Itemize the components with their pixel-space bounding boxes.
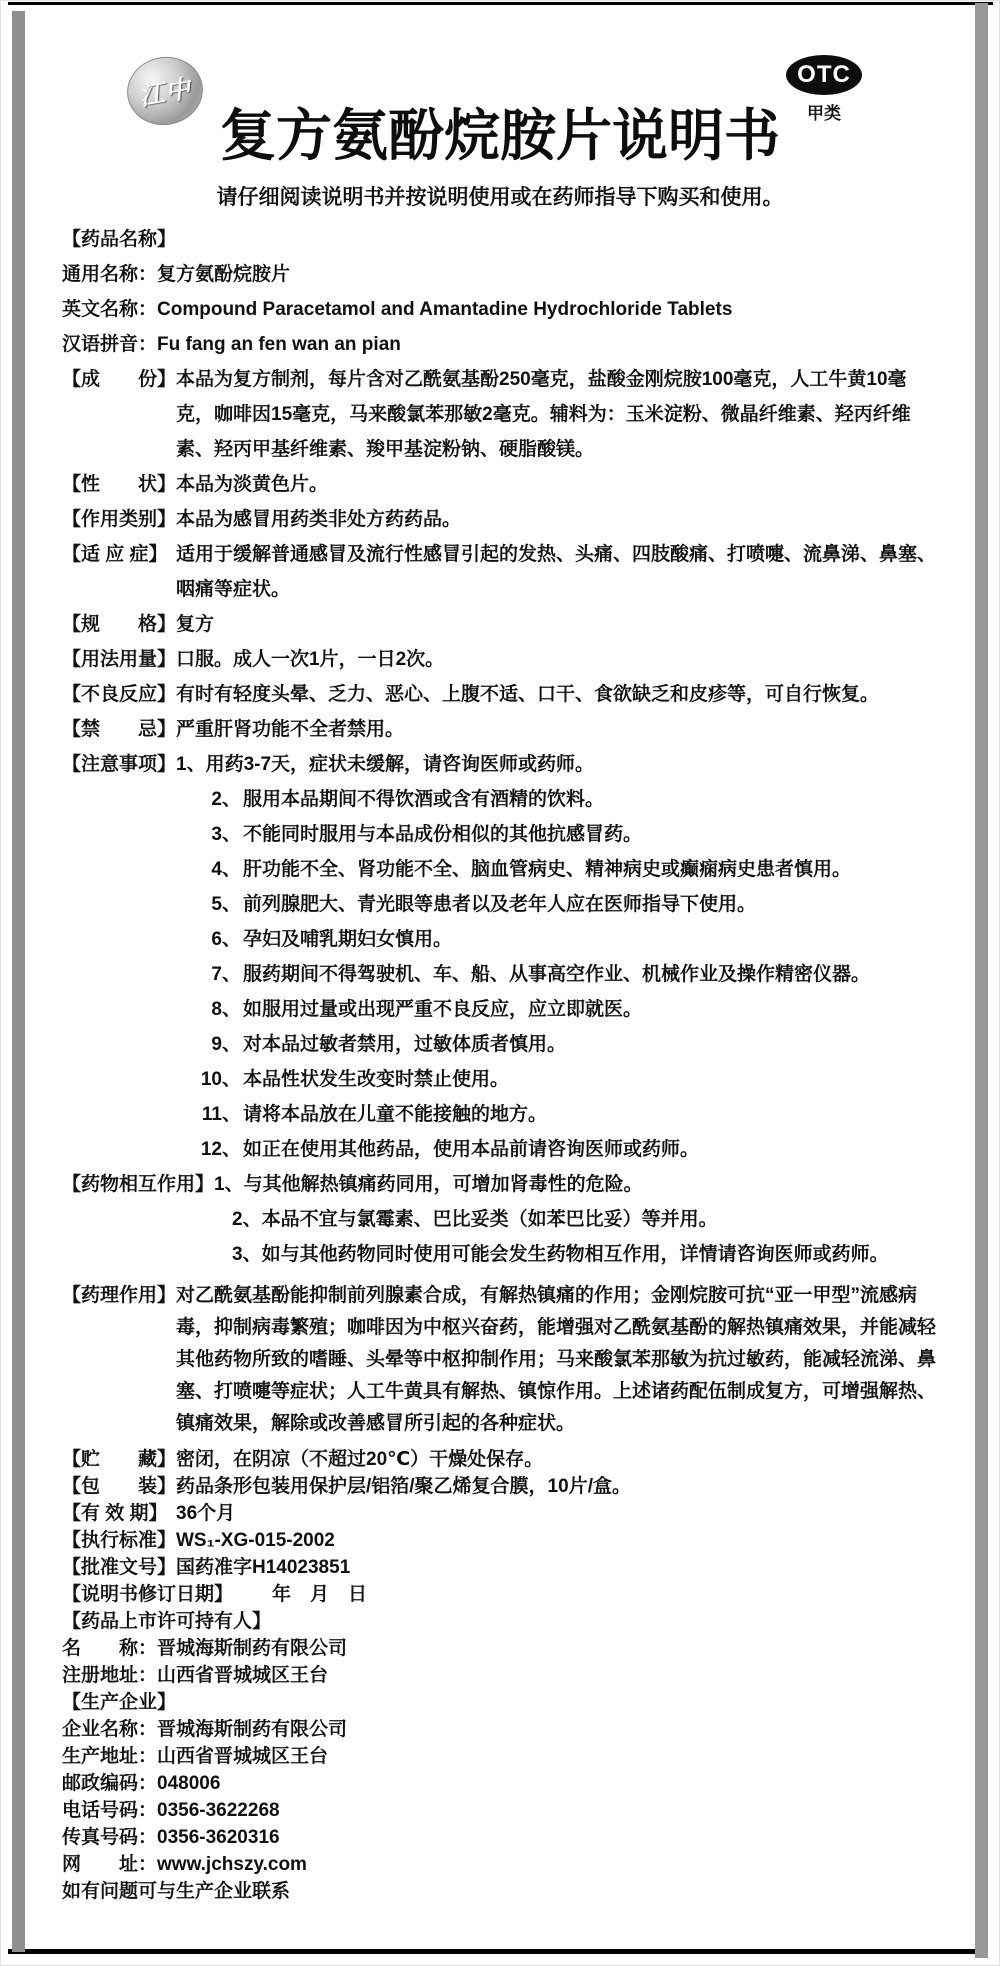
item-text: 不能同时服用与本品成份相似的其他抗感冒药。 [243, 824, 642, 845]
item-text: 如服用过量或出现严重不良反应，应立即就医。 [243, 999, 642, 1020]
drug-name-rows: 通用名称：复方氨酚烷胺片 英文名称：Compound Paracetamol a… [62, 257, 944, 362]
precaution-item: 11、请将本品放在儿童不能接触的地方。 [62, 1097, 944, 1132]
entry-label: 【贮 藏】 [62, 1446, 176, 1473]
scan-shadow-left [12, 11, 25, 1952]
row-value: 山西省晋城城区王台 [157, 1665, 328, 1686]
manufacturer-row: 网 址：www.jchszy.com [62, 1851, 944, 1878]
entry-text: 复方 [176, 614, 214, 635]
read-instructions-notice: 请仔细阅读说明书并按说明使用或在药师指导下购买和使用。 [0, 181, 1000, 211]
drug-name-row: 通用名称：复方氨酚烷胺片 [62, 257, 944, 292]
row-label: 汉语拼音： [62, 334, 157, 355]
item-number: 11、 [196, 1097, 243, 1132]
item-text: 对本品过敏者禁用，过敏体质者慎用。 [243, 1034, 566, 1055]
info-entries: 【贮 藏】密闭，在阴凉（不超过20℃）干燥处保存。 【包 装】药品条形包装用保护… [62, 1446, 944, 1608]
drug-name-row: 英文名称：Compound Paracetamol and Amantadine… [62, 292, 944, 327]
item-text: 本品性状发生改变时禁止使用。 [243, 1069, 509, 1090]
interaction-item: 2、本品不宜与氯霉素、巴比妥类（如苯巴比妥）等并用。 [232, 1202, 944, 1237]
item-text: 孕妇及哺乳期妇女慎用。 [243, 929, 452, 950]
manufacturer-row: 企业名称：晋城海斯制药有限公司 [62, 1716, 944, 1743]
info-entry: 【说明书修订日期】 年 月 日 [62, 1581, 944, 1608]
item-text: 服药期间不得驾驶机、车、船、从事高空作业、机械作业及操作精密仪器。 [243, 964, 870, 985]
entry-label: 【包 装】 [62, 1473, 176, 1500]
entry-text: 国药准字H14023851 [176, 1557, 350, 1578]
contact-note: 如有问题可与生产企业联系 [62, 1878, 944, 1905]
section-pharmacology: 【药理作用】对乙酰氨基酚能抑制前列腺素合成，有解热镇痛的作用；金刚烷胺可抗“亚一… [62, 1280, 944, 1440]
entry-text: 严重肝肾功能不全者禁用。 [176, 719, 404, 740]
precaution-item: 8、如服用过量或出现严重不良反应，应立即就医。 [62, 992, 944, 1027]
item-text: 如正在使用其他药品，使用本品前请咨询医师或药师。 [243, 1139, 699, 1160]
entry-text: 本品为复方制剂，每片含对乙酰氨基酚250毫克，盐酸金刚烷胺100毫克，人工牛黄1… [176, 369, 911, 460]
item-number: 12、 [196, 1132, 243, 1167]
entry-text: 适用于缓解普通感冒及流行性感冒引起的发热、头痛、四肢酸痛、打喷嚏、流鼻涕、鼻塞、… [176, 544, 936, 600]
section-precautions: 【注意事项】1、用药3-7天，症状未缓解，请咨询医师或药师。 2、服用本品期间不… [62, 747, 944, 1167]
row-label: 邮政编码： [62, 1773, 157, 1794]
otc-class-label: 甲类 [789, 99, 859, 124]
entry-label: 【不良反应】 [62, 677, 176, 712]
entry-text: 年 月 日 [234, 1584, 367, 1605]
section-drug-name: 【药品名称】 [62, 222, 944, 257]
precaution-item: 12、如正在使用其他药品，使用本品前请咨询医师或药师。 [62, 1132, 944, 1167]
entry-text: 药品条形包装用保护层/铝箔/聚乙烯复合膜，10片/盒。 [176, 1476, 631, 1497]
row-value: www.jchszy.com [157, 1854, 307, 1875]
item-number: 6、 [196, 922, 243, 957]
leaflet-page: 江中 复方氨酚烷胺片说明书 OTC 甲类 请仔细阅读说明书并按说明使用或在药师指… [0, 0, 1000, 1966]
leaflet-content: 【药品名称】 通用名称：复方氨酚烷胺片 英文名称：Compound Parace… [62, 222, 944, 1905]
main-sections: 【药品名称】 通用名称：复方氨酚烷胺片 英文名称：Compound Parace… [62, 222, 944, 1272]
entry-label: 【性 状】 [62, 467, 176, 502]
item-number: 9、 [196, 1027, 243, 1062]
row-value: Compound Paracetamol and Amantadine Hydr… [157, 299, 732, 320]
info-entry: 【包 装】药品条形包装用保护层/铝箔/聚乙烯复合膜，10片/盒。 [62, 1473, 944, 1500]
row-value: 山西省晋城城区王台 [157, 1746, 328, 1767]
leaflet-entry: 【规 格】复方 [62, 607, 944, 642]
pharmacology-entry: 【药理作用】对乙酰氨基酚能抑制前列腺素合成，有解热镇痛的作用；金刚烷胺可抗“亚一… [62, 1280, 944, 1440]
interaction-item-1: 1、与其他解热镇痛药同用，可增加肾毒性的危险。 [214, 1174, 643, 1195]
row-value: 复方氨酚烷胺片 [157, 264, 290, 285]
precaution-item: 2、服用本品期间不得饮酒或含有酒精的饮料。 [62, 782, 944, 817]
entry-label: 【批准文号】 [62, 1554, 176, 1581]
row-label: 电话号码： [62, 1800, 157, 1821]
leaflet-entry: 【作用类别】本品为感冒用药类非处方药药品。 [62, 502, 944, 537]
holder-row: 注册地址：山西省晋城城区王台 [62, 1662, 944, 1689]
holder-section-label: 【药品上市许可持有人】 [62, 1608, 944, 1635]
entry-label: 【执行标准】 [62, 1527, 176, 1554]
entry-text: 密闭，在阴凉（不超过20℃）干燥处保存。 [176, 1449, 543, 1470]
entry-label: 【药理作用】 [62, 1280, 176, 1312]
leaflet-entry: 【用法用量】口服。成人一次1片，一日2次。 [62, 642, 944, 677]
precaution-item: 6、孕妇及哺乳期妇女慎用。 [62, 922, 944, 957]
entry-label: 【药物相互作用】 [62, 1167, 214, 1202]
bottom-info: 【贮 藏】密闭，在阴凉（不超过20℃）干燥处保存。 【包 装】药品条形包装用保护… [62, 1446, 944, 1905]
scan-shadow-right [975, 3, 988, 1958]
otc-badge: OTC [786, 55, 862, 95]
row-value: 晋城海斯制药有限公司 [157, 1719, 347, 1740]
item-text: 服用本品期间不得饮酒或含有酒精的饮料。 [243, 789, 604, 810]
entry-label: 【说明书修订日期】 [62, 1581, 234, 1608]
row-value: 0356-3620316 [157, 1827, 280, 1848]
drug-name-row: 汉语拼音：Fu fang an fen wan an pian [62, 327, 944, 362]
entry-label: 【成 份】 [62, 362, 176, 397]
row-label: 英文名称： [62, 299, 157, 320]
leaflet-entry: 【适 应 症】适用于缓解普通感冒及流行性感冒引起的发热、头痛、四肢酸痛、打喷嚏、… [62, 537, 944, 607]
info-entry: 【贮 藏】密闭，在阴凉（不超过20℃）干燥处保存。 [62, 1446, 944, 1473]
section-license-holder: 【药品上市许可持有人】 名 称：晋城海斯制药有限公司 注册地址：山西省晋城城区王… [62, 1608, 944, 1689]
row-value: 晋城海斯制药有限公司 [157, 1638, 347, 1659]
row-value: 0356-3622268 [157, 1800, 280, 1821]
entry-label: 【有 效 期】 [62, 1500, 176, 1527]
row-label: 网 址： [62, 1854, 157, 1875]
precaution-item: 10、本品性状发生改变时禁止使用。 [62, 1062, 944, 1097]
entry-text: 本品为感冒用药类非处方药药品。 [176, 509, 461, 530]
pharmacology-text: 对乙酰氨基酚能抑制前列腺素合成，有解热镇痛的作用；金刚烷胺可抗“亚一甲型”流感病… [176, 1285, 936, 1434]
manufacturer-row: 生产地址：山西省晋城城区王台 [62, 1743, 944, 1770]
top-rule [8, 2, 993, 5]
info-entry: 【执行标准】WS₁-XG-015-2002 [62, 1527, 944, 1554]
entry-label: 【禁 忌】 [62, 712, 176, 747]
item-number: 8、 [196, 992, 243, 1027]
row-value: 048006 [157, 1773, 220, 1794]
row-value: Fu fang an fen wan an pian [157, 334, 401, 355]
precaution-item: 3、不能同时服用与本品成份相似的其他抗感冒药。 [62, 817, 944, 852]
item-text: 请将本品放在儿童不能接触的地方。 [243, 1104, 547, 1125]
row-label: 通用名称： [62, 264, 157, 285]
entry-label: 【注意事项】 [62, 747, 176, 782]
item-text: 前列腺肥大、青光眼等患者以及老年人应在医师指导下使用。 [243, 894, 756, 915]
leaflet-entry: 【禁 忌】严重肝肾功能不全者禁用。 [62, 712, 944, 747]
entry-label: 【作用类别】 [62, 502, 176, 537]
manufacturer-row: 邮政编码：048006 [62, 1770, 944, 1797]
section-manufacturer: 【生产企业】 企业名称：晋城海斯制药有限公司 生产地址：山西省晋城城区王台 邮政… [62, 1689, 944, 1878]
manufacturer-row: 电话号码：0356-3622268 [62, 1797, 944, 1824]
entry-label: 【用法用量】 [62, 642, 176, 677]
interactions-first-row: 【药物相互作用】1、与其他解热镇痛药同用，可增加肾毒性的危险。 [62, 1167, 944, 1202]
entry-text: 有时有轻度头晕、乏力、恶心、上腹不适、口干、食欲缺乏和皮疹等，可自行恢复。 [176, 684, 879, 705]
precaution-item: 7、服药期间不得驾驶机、车、船、从事高空作业、机械作业及操作精密仪器。 [62, 957, 944, 992]
entry-text: 本品为淡黄色片。 [176, 474, 328, 495]
item-number: 5、 [196, 887, 243, 922]
section-interactions: 【药物相互作用】1、与其他解热镇痛药同用，可增加肾毒性的危险。 2、本品不宜与氯… [62, 1167, 944, 1272]
precaution-item: 5、前列腺肥大、青光眼等患者以及老年人应在医师指导下使用。 [62, 887, 944, 922]
row-label: 注册地址： [62, 1665, 157, 1686]
item-number: 4、 [196, 852, 243, 887]
manufacturer-row: 传真号码：0356-3620316 [62, 1824, 944, 1851]
item-number: 7、 [196, 957, 243, 992]
precaution-item-1: 1、用药3-7天，症状未缓解，请咨询医师或药师。 [176, 754, 594, 775]
entry-label: 【规 格】 [62, 607, 176, 642]
precaution-item: 9、对本品过敏者禁用，过敏体质者慎用。 [62, 1027, 944, 1062]
row-label: 生产地址： [62, 1746, 157, 1767]
entry-text: 口服。成人一次1片，一日2次。 [176, 649, 444, 670]
leaflet-entry: 【成 份】本品为复方制剂，每片含对乙酰氨基酚250毫克，盐酸金刚烷胺100毫克，… [62, 362, 944, 467]
info-entry: 【有 效 期】36个月 [62, 1500, 944, 1527]
interaction-item: 3、如与其他药物同时使用可能会发生药物相互作用，详情请咨询医师或药师。 [232, 1237, 944, 1272]
item-number: 2、 [196, 782, 243, 817]
labeled-entries: 【成 份】本品为复方制剂，每片含对乙酰氨基酚250毫克，盐酸金刚烷胺100毫克，… [62, 362, 944, 747]
item-text: 肝功能不全、肾功能不全、脑血管病史、精神病史或癫痫病史患者慎用。 [243, 859, 851, 880]
otc-badge-text: OTC [797, 61, 851, 89]
entry-text: 36个月 [176, 1503, 235, 1524]
row-label: 企业名称： [62, 1719, 157, 1740]
leaflet-entry: 【不良反应】有时有轻度头晕、乏力、恶心、上腹不适、口干、食欲缺乏和皮疹等，可自行… [62, 677, 944, 712]
item-number: 10、 [196, 1062, 243, 1097]
info-entry: 【批准文号】国药准字H14023851 [62, 1554, 944, 1581]
row-label: 名 称： [62, 1638, 157, 1659]
holder-row: 名 称：晋城海斯制药有限公司 [62, 1635, 944, 1662]
entry-text: WS₁-XG-015-2002 [176, 1530, 335, 1551]
precaution-item: 4、肝功能不全、肾功能不全、脑血管病史、精神病史或癫痫病史患者慎用。 [62, 852, 944, 887]
section-label: 【药品名称】 [62, 222, 176, 257]
precautions-first-row: 【注意事项】1、用药3-7天，症状未缓解，请咨询医师或药师。 [62, 747, 944, 782]
entry-label: 【适 应 症】 [62, 537, 176, 572]
row-label: 传真号码： [62, 1827, 157, 1848]
leaflet-entry: 【性 状】本品为淡黄色片。 [62, 467, 944, 502]
item-number: 3、 [196, 817, 243, 852]
bottom-rule [8, 1949, 975, 1954]
manufacturer-section-label: 【生产企业】 [62, 1689, 944, 1716]
